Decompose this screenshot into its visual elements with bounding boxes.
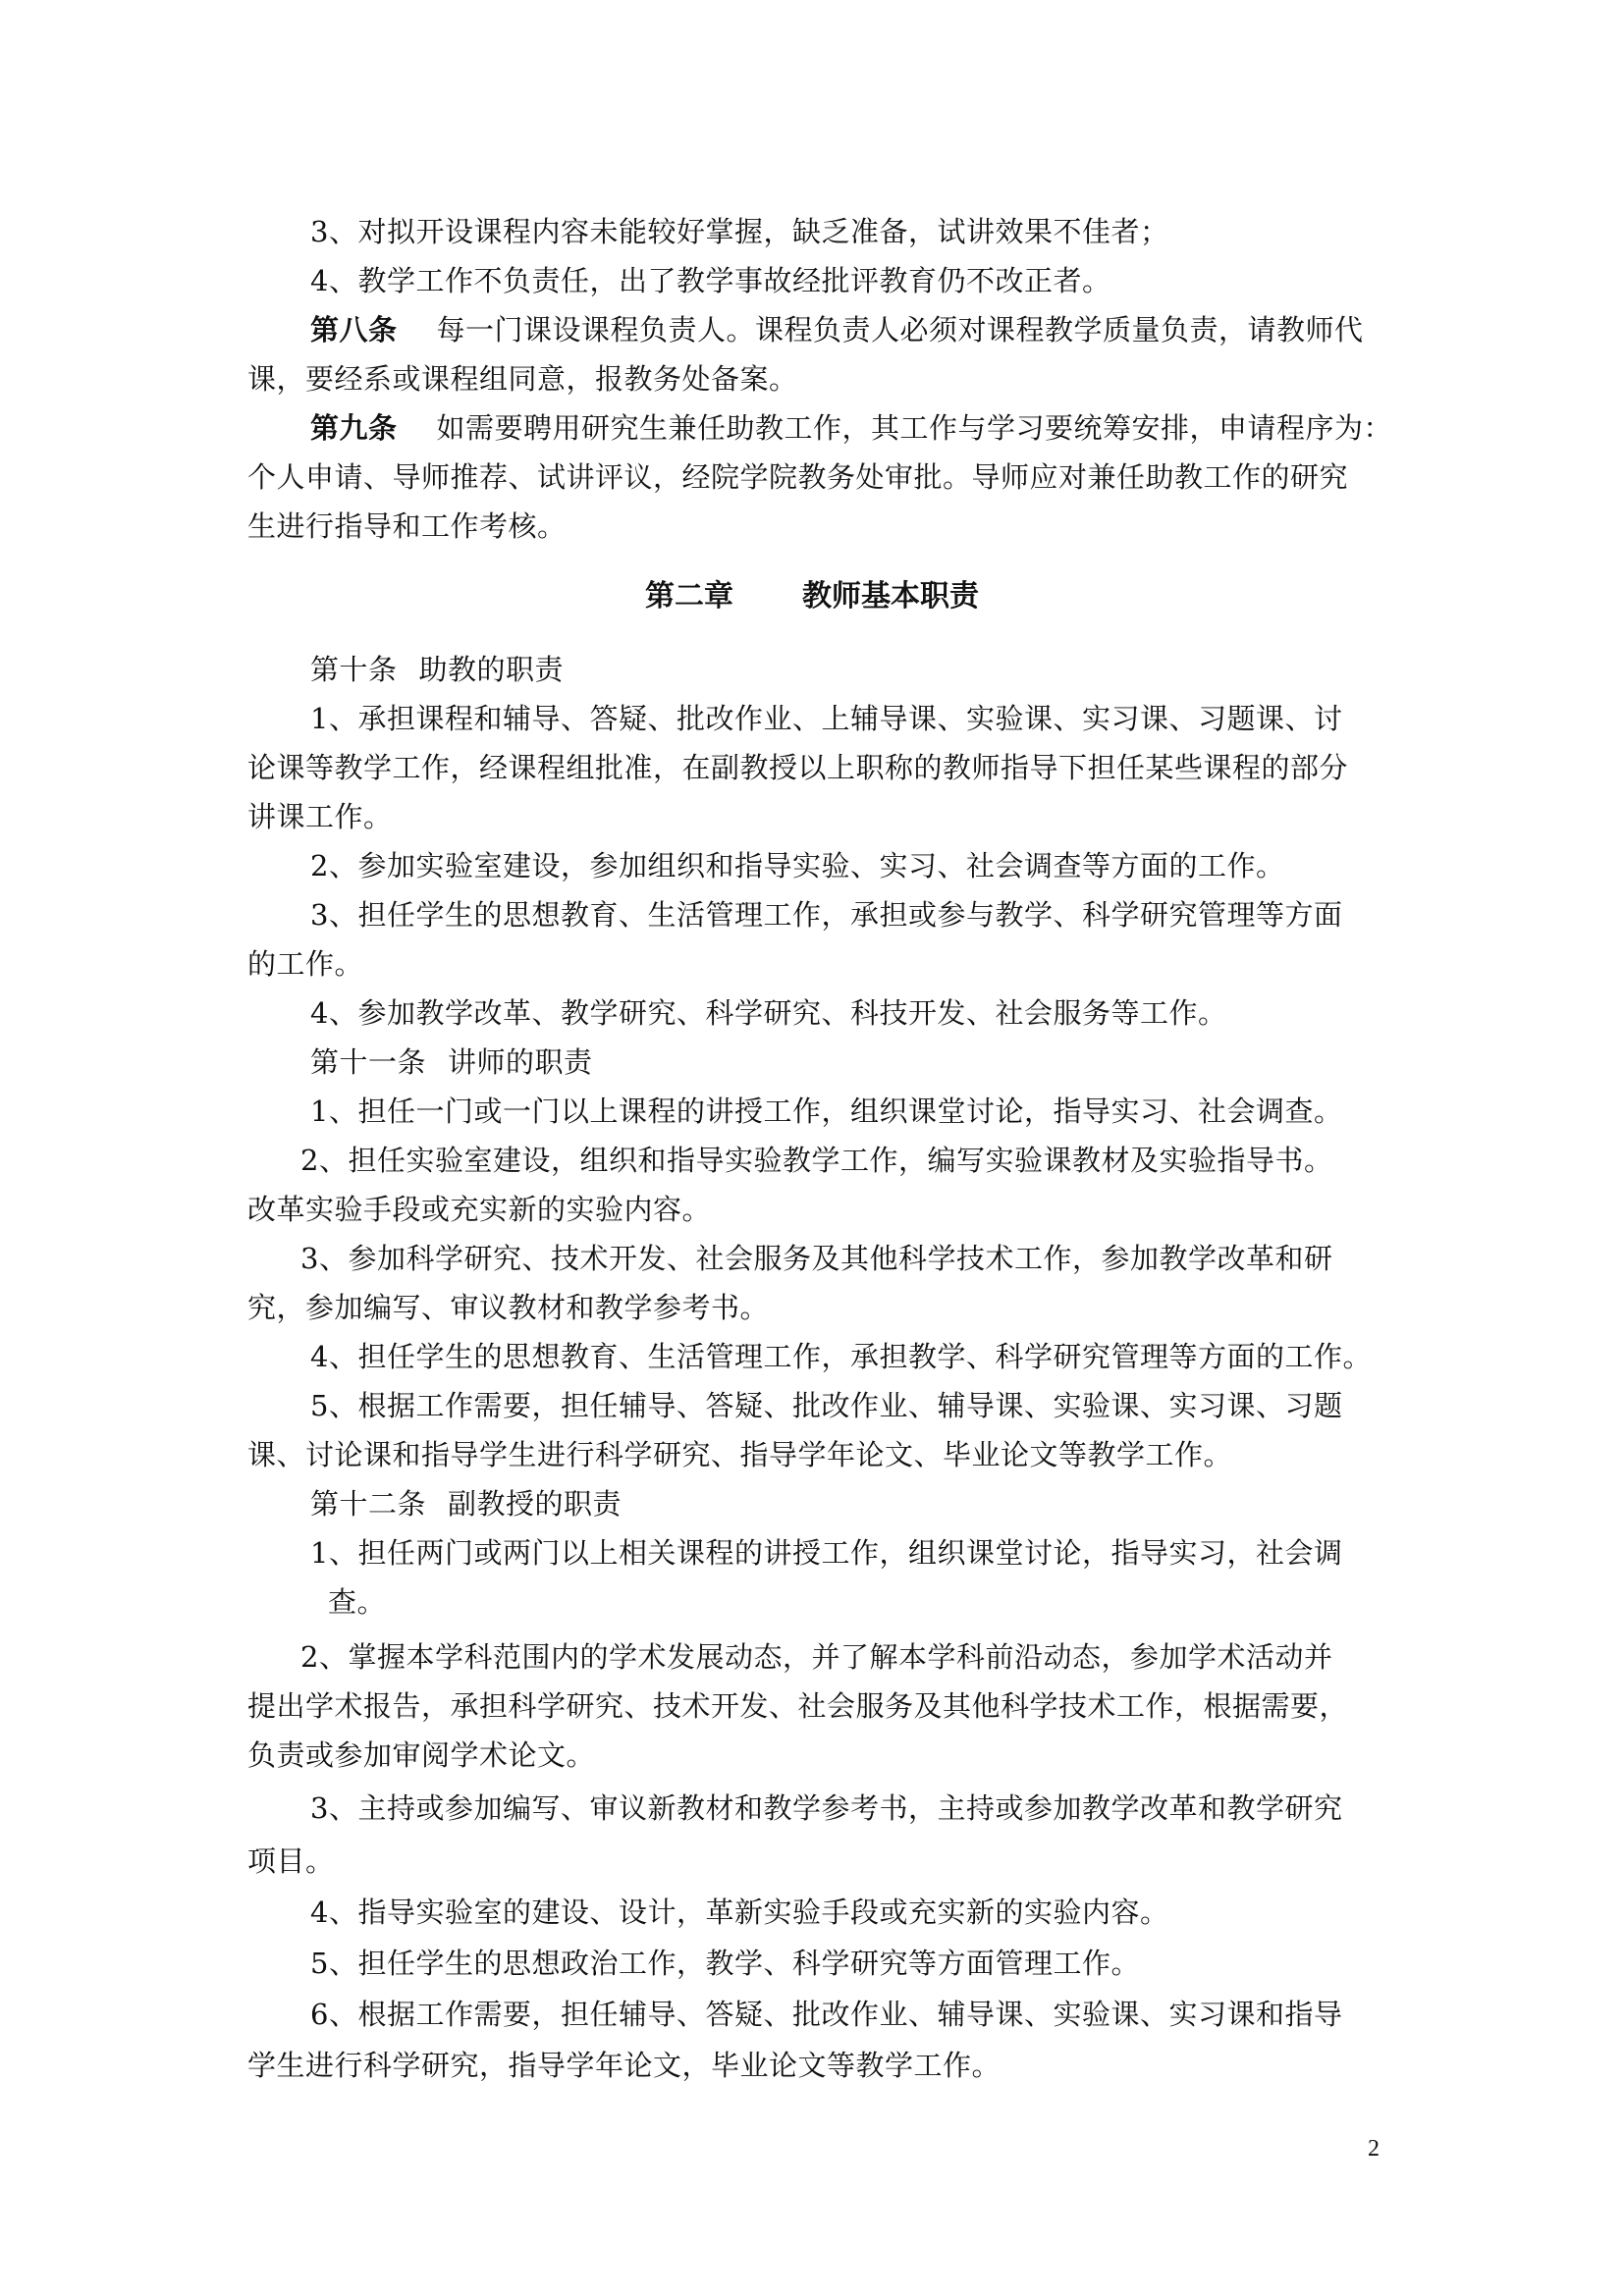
- text-line: 论课等教学工作，经课程组批准，在副教授以上职称的教师指导下担任某些课程的部分: [247, 748, 1386, 787]
- document-page: 3、对拟开设课程内容未能较好掌握，缺乏准备，试讲效果不佳者； 4、教学工作不负责…: [0, 0, 1624, 2296]
- section-title: 讲师的职责: [448, 1045, 593, 1079]
- list-item: 1、担任两门或两门以上相关课程的讲授工作，组织课堂讨论，指导实习，社会调: [310, 1533, 1449, 1573]
- section-label: 第十条: [310, 653, 398, 686]
- text-line: 的工作。: [247, 944, 1386, 984]
- article-paragraph: 第八条每一门课设课程负责人。课程负责人必须对课程教学质量负责，请教师代: [310, 310, 1449, 349]
- section-heading: 第十一条讲师的职责: [310, 1042, 1449, 1082]
- section-heading: 第十二条副教授的职责: [310, 1484, 1449, 1523]
- text-line: 提出学术报告，承担科学研究、技术开发、社会服务及其他科学技术工作，根据需要，: [247, 1686, 1386, 1726]
- text-line: 学生进行科学研究，指导学年论文，毕业论文等教学工作。: [247, 2046, 1386, 2085]
- list-item: 4、担任学生的思想教育、生活管理工作，承担教学、科学研究管理等方面的工作。: [310, 1337, 1449, 1376]
- text-line: 项目。: [247, 1842, 1386, 1881]
- list-item: 4、教学工作不负责任，出了教学事故经批评教育仍不改正者。: [310, 261, 1449, 300]
- text-line: 课、讨论课和指导学生进行科学研究、指导学年论文、毕业论文等教学工作。: [247, 1435, 1386, 1474]
- list-item: 2、掌握本学科范围内的学术发展动态，并了解本学科前沿动态，参加学术活动并: [300, 1637, 1439, 1677]
- chapter-title: 教师基本职责: [802, 579, 979, 614]
- list-item: 2、担任实验室建设，组织和指导实验教学工作，编写实验课教材及实验指导书。: [300, 1141, 1439, 1180]
- article-paragraph: 第九条如需要聘用研究生兼任助教工作，其工作与学习要统筹安排，申请程序为：: [310, 408, 1449, 448]
- text-line: 究，参加编写、审议教材和教学参考书。: [247, 1288, 1386, 1327]
- list-item: 3、担任学生的思想教育、生活管理工作，承担或参与教学、科学研究管理等方面: [310, 895, 1449, 934]
- list-item: 1、承担课程和辅导、答疑、批改作业、上辅导课、实验课、实习课、习题课、讨: [310, 699, 1449, 738]
- text-line: 生进行指导和工作考核。: [247, 507, 1386, 546]
- text-line: 查。: [328, 1582, 1467, 1622]
- article-label: 第八条: [310, 313, 398, 347]
- list-item: 3、主持或参加编写、审议新教材和教学参考书，主持或参加教学改革和教学研究: [310, 1789, 1449, 1828]
- text-line: 讲课工作。: [247, 797, 1386, 836]
- section-title: 助教的职责: [419, 653, 565, 686]
- list-item: 3、对拟开设课程内容未能较好掌握，缺乏准备，试讲效果不佳者；: [310, 212, 1449, 251]
- list-item: 6、根据工作需要，担任辅导、答疑、批改作业、辅导课、实验课、实习课和指导: [310, 1995, 1449, 2034]
- section-heading: 第十条助教的职责: [310, 650, 1449, 689]
- section-label: 第十二条: [310, 1487, 426, 1521]
- article-label: 第九条: [310, 411, 398, 445]
- list-item: 5、根据工作需要，担任辅导、答疑、批改作业、辅导课、实验课、实习课、习题: [310, 1386, 1449, 1425]
- chapter-heading: 第二章教师基本职责: [0, 577, 1624, 616]
- list-item: 4、参加教学改革、教学研究、科学研究、科技开发、社会服务等工作。: [310, 993, 1449, 1033]
- article-text: 每一门课设课程负责人。课程负责人必须对课程教学质量负责，请教师代: [437, 313, 1364, 347]
- chapter-number: 第二章: [645, 579, 733, 614]
- list-item: 4、指导实验室的建设、设计，革新实验手段或充实新的实验内容。: [310, 1893, 1449, 1932]
- page-number: 2: [1368, 2136, 1380, 2163]
- list-item: 3、参加科学研究、技术开发、社会服务及其他科学技术工作，参加教学改革和研: [300, 1239, 1439, 1278]
- text-line: 负责或参加审阅学术论文。: [247, 1735, 1386, 1775]
- text-line: 改革实验手段或充实新的实验内容。: [247, 1190, 1386, 1229]
- list-item: 2、参加实验室建设，参加组织和指导实验、实习、社会调查等方面的工作。: [310, 846, 1449, 885]
- list-item: 5、担任学生的思想政治工作，教学、科学研究等方面管理工作。: [310, 1944, 1449, 1983]
- text-line: 个人申请、导师推荐、试讲评议，经院学院教务处审批。导师应对兼任助教工作的研究: [247, 457, 1386, 497]
- article-text: 如需要聘用研究生兼任助教工作，其工作与学习要统筹安排，申请程序为：: [437, 411, 1393, 445]
- list-item: 1、担任一门或一门以上课程的讲授工作，组织课堂讨论，指导实习、社会调查。: [310, 1092, 1449, 1131]
- section-title: 副教授的职责: [448, 1487, 622, 1521]
- text-line: 课，要经系或课程组同意，报教务处备案。: [247, 359, 1386, 399]
- section-label: 第十一条: [310, 1045, 426, 1079]
